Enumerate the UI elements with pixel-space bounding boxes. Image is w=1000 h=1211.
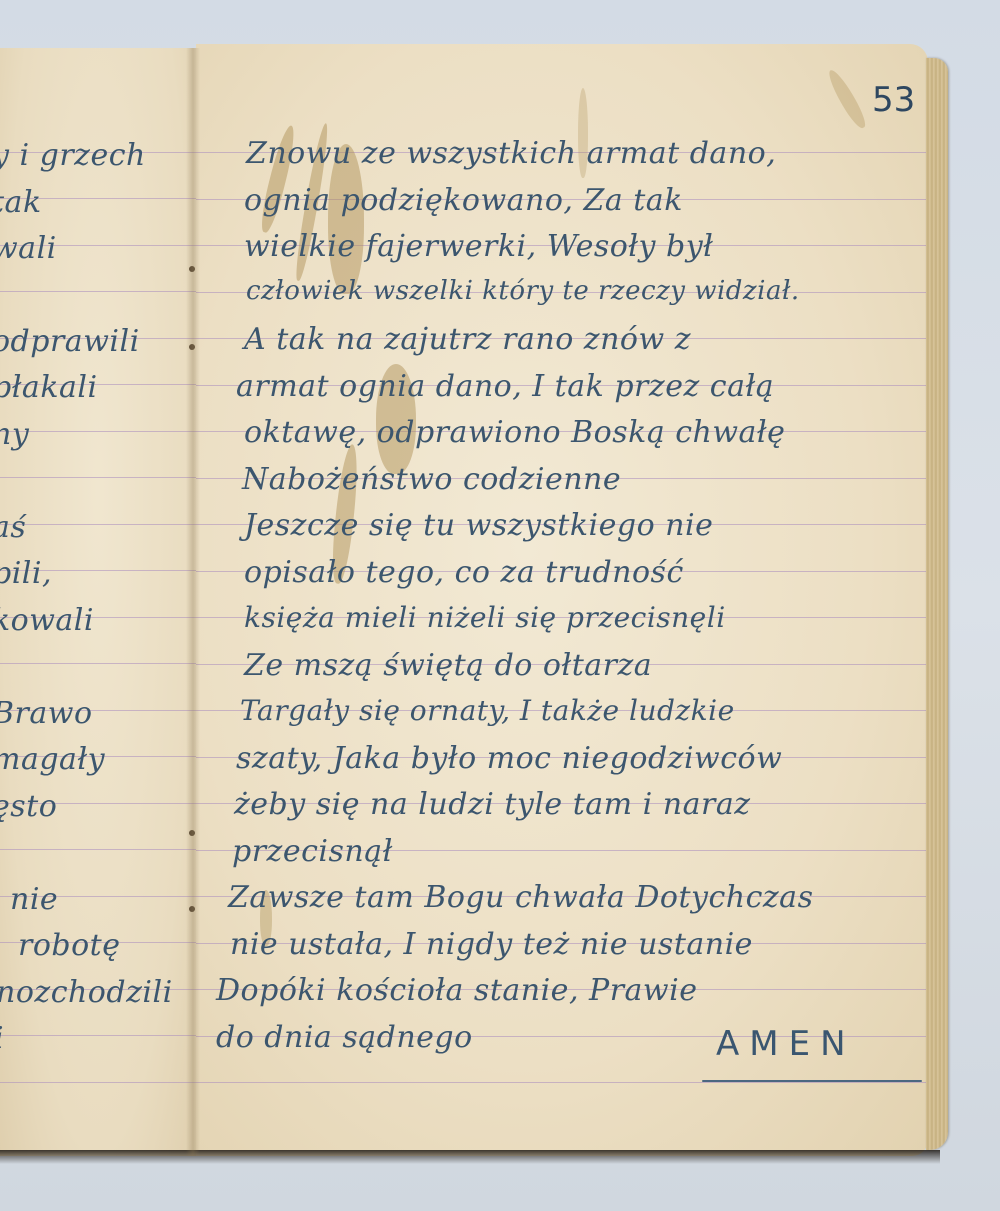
rule-line xyxy=(0,477,196,478)
rule-line xyxy=(0,291,196,292)
handwritten-line: odprawili xyxy=(0,324,140,359)
handwritten-line: Jeszcze się tu wszystkiego nie xyxy=(244,508,713,543)
rule-line xyxy=(0,1035,196,1036)
rule-line xyxy=(0,663,196,664)
handwritten-line: szaty, Jaka było moc niegodziwców xyxy=(236,741,782,776)
handwritten-line: do dnia sądnego xyxy=(216,1020,473,1055)
handwritten-line: opisało tego, co za trudność xyxy=(244,555,684,590)
handwritten-line: Znowu ze wszystkich armat dano, xyxy=(246,136,776,171)
handwritten-line: nie xyxy=(10,882,58,917)
handwritten-line: aś xyxy=(0,510,26,545)
handwritten-line: pili, xyxy=(0,556,52,591)
rule-line xyxy=(0,524,196,525)
handwritten-line: nozchodzili xyxy=(0,975,173,1010)
handwritten-line: wali xyxy=(0,231,57,266)
handwritten-line: tak xyxy=(0,185,42,220)
handwritten-line: płakali xyxy=(0,370,98,405)
handwritten-line: kowali xyxy=(0,603,94,638)
notebook-shadow xyxy=(0,1150,940,1164)
handwritten-line: y i grzech xyxy=(0,138,146,173)
closing-amen: AMEN xyxy=(716,1024,856,1064)
handwritten-line: ęsto xyxy=(0,789,57,824)
handwritten-line: ny xyxy=(0,417,29,452)
water-stain xyxy=(824,67,869,131)
handwritten-line: Zawsze tam Bogu chwała Dotychczas xyxy=(228,880,813,915)
handwritten-line: Nabożeństwo codzienne xyxy=(242,462,621,497)
handwritten-line: Targały się ornaty, I także ludzkie xyxy=(240,694,735,727)
amen-underline xyxy=(702,1080,922,1082)
handwritten-line: przecisnął xyxy=(232,834,393,869)
handwritten-line: ognia podziękowano, Za tak xyxy=(244,183,683,218)
handwritten-line: żeby się na ludzi tyle tam i naraz xyxy=(234,787,751,822)
right-page: 53 Znowu ze wszystkich armat dano, ognia… xyxy=(196,44,928,1156)
rule-line xyxy=(0,849,196,850)
handwritten-line: człowiek wszelki który te rzeczy widział… xyxy=(246,276,800,306)
notebook-spread: y i grzech tak wali odprawili płakali ny… xyxy=(0,44,948,1162)
handwritten-line: wielkie fajerwerki, Wesoły był xyxy=(244,229,713,264)
book-gutter xyxy=(186,48,200,1156)
rule-line xyxy=(0,1082,196,1083)
rule-line xyxy=(0,431,196,432)
handwritten-line: magały xyxy=(0,742,105,777)
page-edges xyxy=(926,58,948,1150)
handwritten-line: księża mieli niżeli się przecisnęli xyxy=(244,601,726,634)
rule-line xyxy=(196,1082,928,1083)
handwritten-line: i xyxy=(0,1021,4,1056)
page-number: 53 xyxy=(872,80,915,120)
handwritten-line: oktawę, odprawiono Boską chwałę xyxy=(244,415,785,450)
handwritten-line: Dopóki kościoła stanie, Prawie xyxy=(216,973,697,1008)
handwritten-line: nie ustała, I nigdy też nie ustanie xyxy=(230,927,753,962)
handwritten-line: armat ognia dano, I tak przez całą xyxy=(236,369,774,404)
handwritten-line: robotę xyxy=(18,928,120,963)
handwritten-line: A tak na zajutrz rano znów z xyxy=(244,322,691,357)
left-page: y i grzech tak wali odprawili płakali ny… xyxy=(0,48,197,1156)
handwritten-line: Ze mszą świętą do ołtarza xyxy=(244,648,652,683)
handwritten-line: Brawo xyxy=(0,696,93,731)
